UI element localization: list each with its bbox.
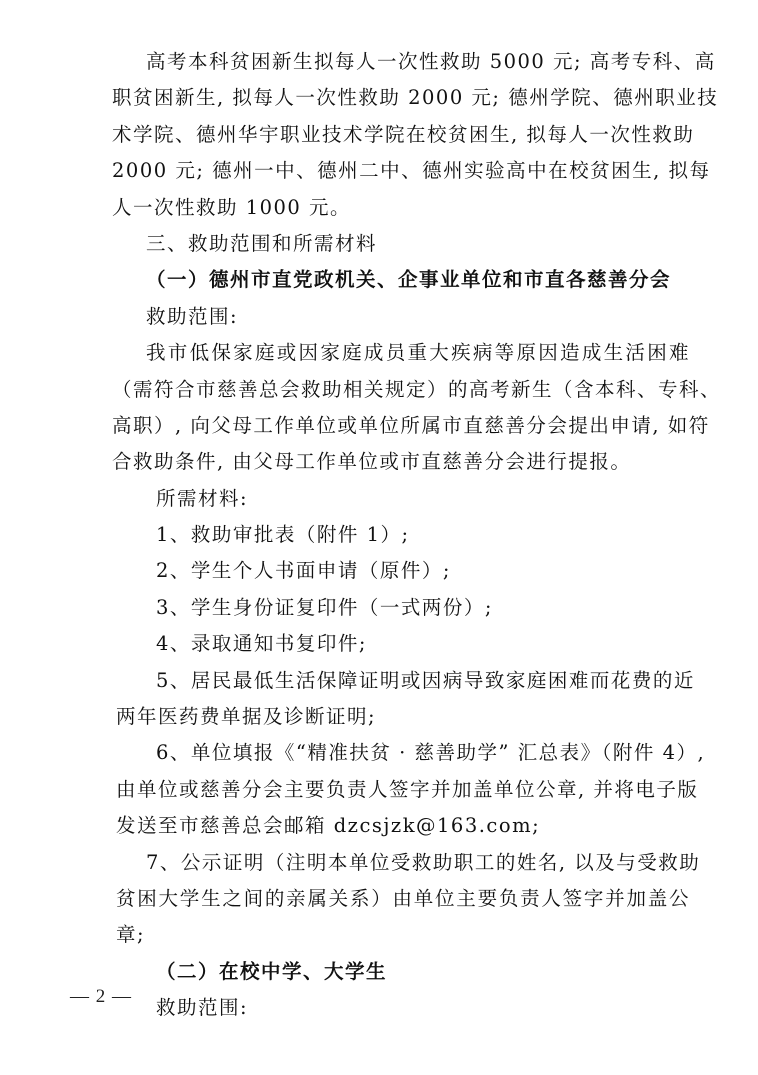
list-item-continuation: 发送至市慈善总会邮箱 dzcsjzk@163.com;	[112, 808, 690, 844]
list-item: 5、居民最低生活保障证明或因病导致家庭困难而花费的近	[112, 663, 690, 699]
materials-label: 所需材料:	[112, 481, 690, 517]
scope-label: 救助范围:	[112, 990, 690, 1026]
section-heading: 三、救助范围和所需材料	[112, 226, 690, 262]
list-item-continuation: 贫困大学生之间的亲属关系）由单位主要负责人签字并加盖公	[112, 881, 690, 917]
list-item: 7、公示证明（注明本单位受救助职工的姓名, 以及与受救助	[112, 845, 690, 881]
list-item: 4、录取通知书复印件;	[112, 626, 690, 662]
subsection-heading: （二）在校中学、大学生	[112, 954, 690, 990]
page-number: — 2 —	[70, 986, 132, 1008]
list-item-continuation: 由单位或慈善分会主要负责人签字并加盖单位公章, 并将电子版	[112, 772, 690, 808]
paragraph-line: （需符合市慈善总会救助相关规定）的高考新生（含本科、专科、	[112, 372, 690, 408]
list-item-continuation: 两年医药费单据及诊断证明;	[112, 699, 690, 735]
list-item-continuation: 章;	[112, 917, 690, 953]
scope-label: 救助范围:	[112, 299, 690, 335]
list-item: 3、学生身份证复印件（一式两份）;	[112, 590, 690, 626]
list-item: 2、学生个人书面申请（原件）;	[112, 553, 690, 589]
document-page: 高考本科贫困新生拟每人一次性救助 5000 元; 高考专科、高 职贫困新生, 拟…	[112, 44, 690, 1027]
paragraph-line: 合救助条件, 由父母工作单位或市直慈善分会进行提报。	[112, 444, 690, 480]
paragraph-line: 人一次性救助 1000 元。	[112, 190, 690, 226]
paragraph-line: 2000 元; 德州一中、德州二中、德州实验高中在校贫困生, 拟每	[112, 153, 690, 189]
list-item: 6、单位填报《“精准扶贫 · 慈善助学” 汇总表》（附件 4）,	[112, 735, 690, 771]
paragraph-line: 高考本科贫困新生拟每人一次性救助 5000 元; 高考专科、高	[112, 44, 690, 80]
subsection-heading: （一）德州市直党政机关、企事业单位和市直各慈善分会	[112, 262, 690, 298]
paragraph-line: 职贫困新生, 拟每人一次性救助 2000 元; 德州学院、德州职业技	[112, 80, 690, 116]
list-item: 1、救助审批表（附件 1）;	[112, 517, 690, 553]
paragraph-line: 术学院、德州华宇职业技术学院在校贫困生, 拟每人一次性救助	[112, 117, 690, 153]
paragraph-line: 高职）, 向父母工作单位或单位所属市直慈善分会提出申请, 如符	[112, 408, 690, 444]
paragraph-line: 我市低保家庭或因家庭成员重大疾病等原因造成生活困难	[112, 335, 690, 371]
